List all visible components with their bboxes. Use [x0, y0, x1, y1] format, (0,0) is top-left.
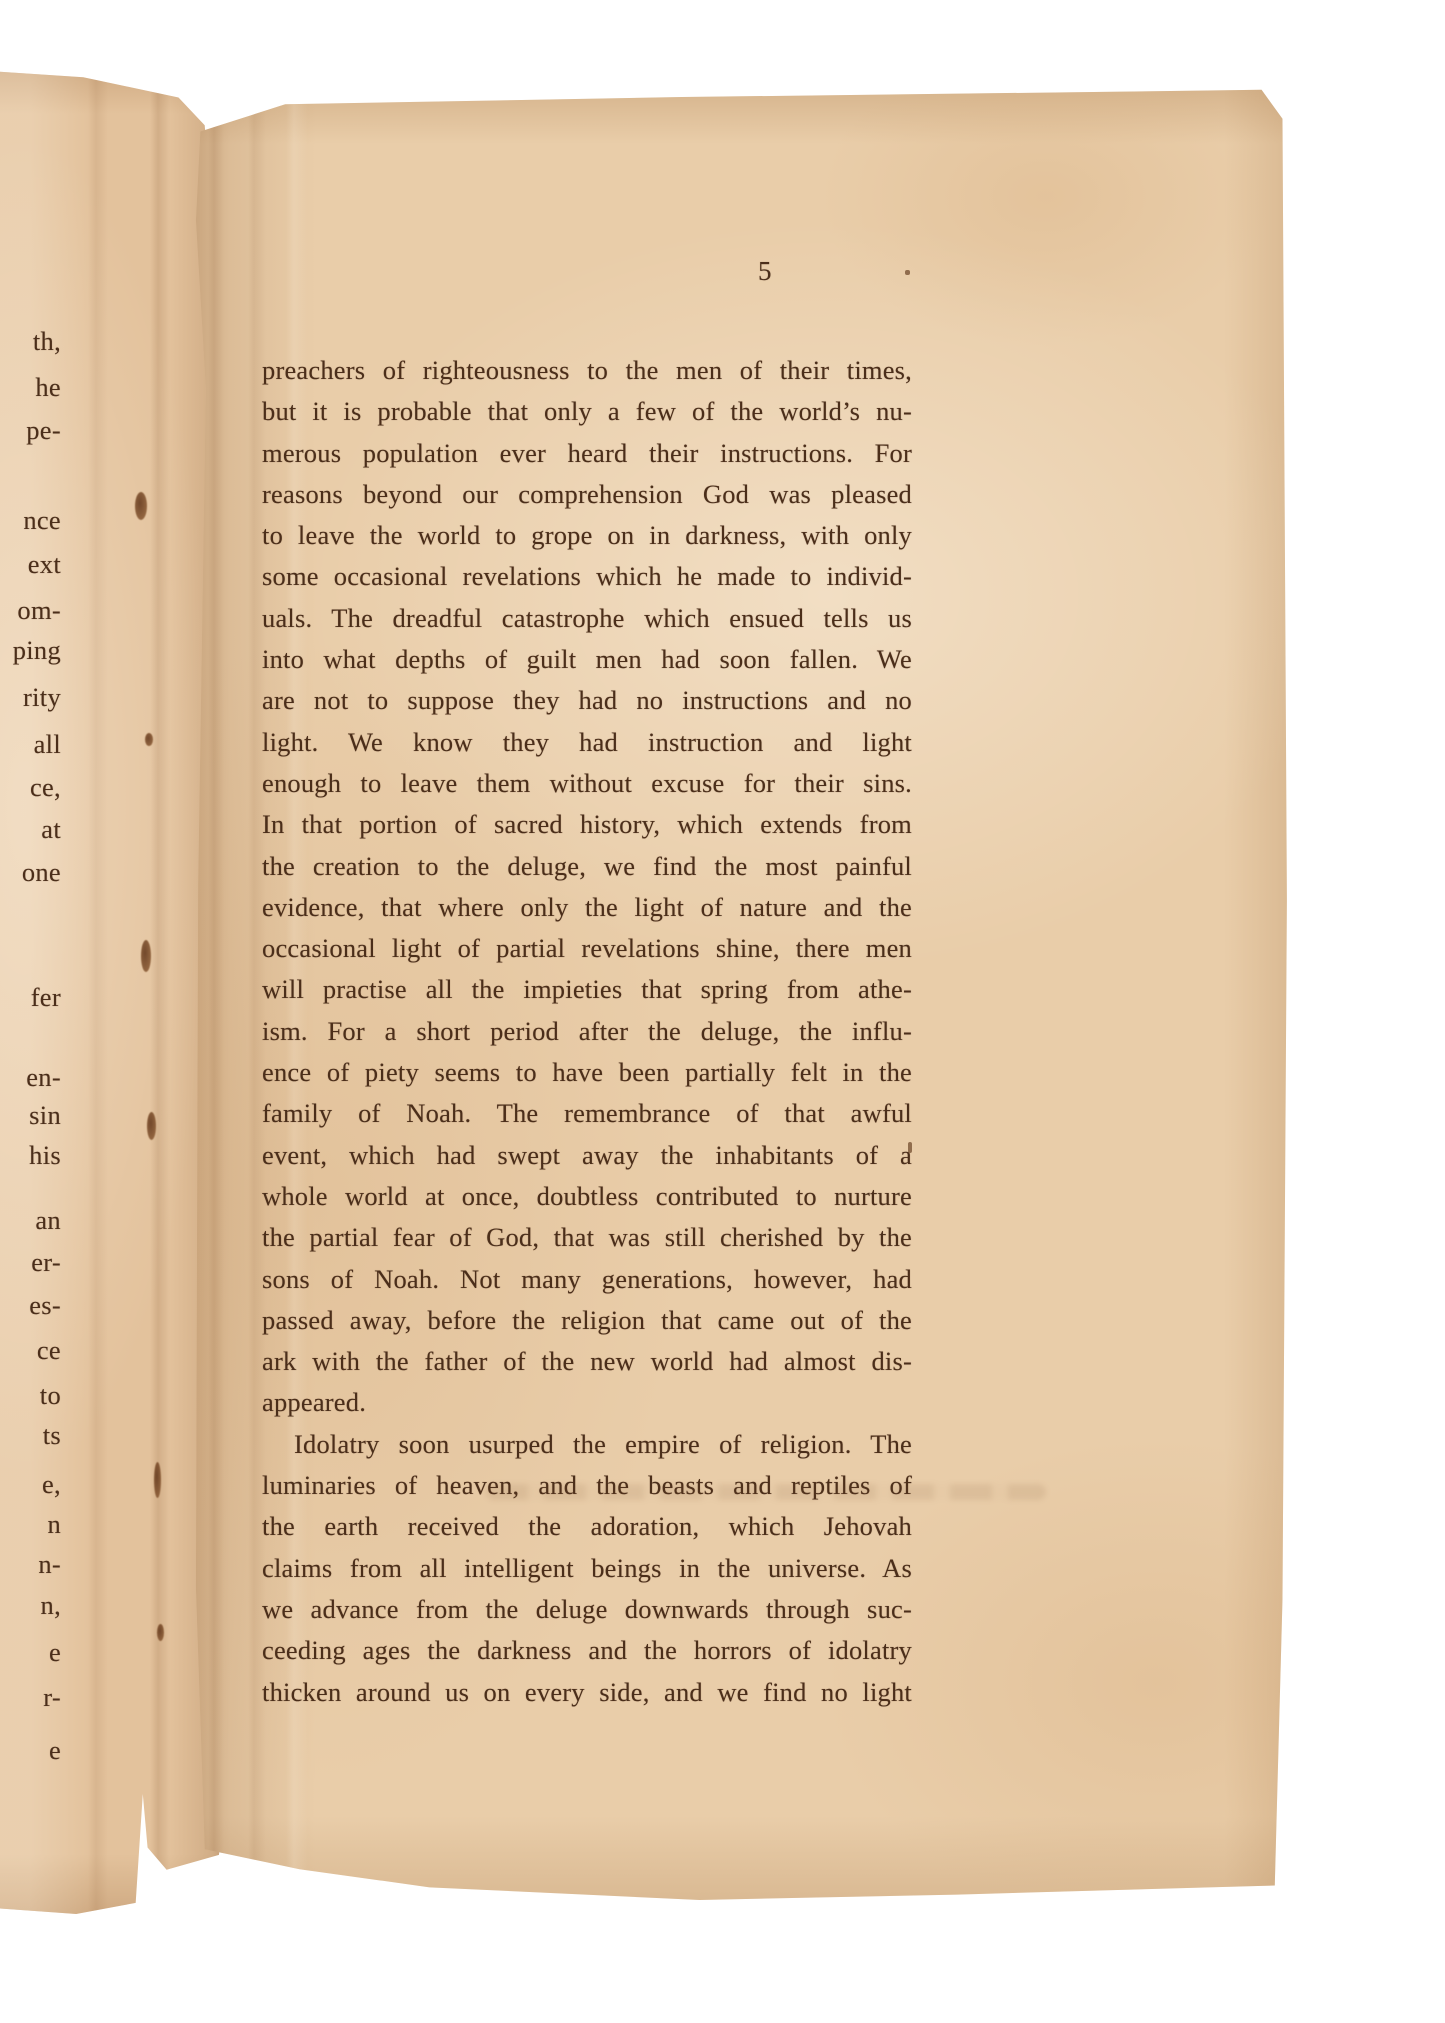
text-line: light. We know they had instruction and …: [262, 722, 912, 763]
text-line: but it is probable that only a few of th…: [262, 391, 912, 432]
left-page-line-fragment: er-: [31, 1249, 61, 1276]
text-line: merous population ever heard their instr…: [262, 433, 912, 474]
fold-damage-spot: [157, 1624, 164, 1641]
left-page-line-fragment: th,: [33, 328, 61, 355]
left-page-line-fragment: an: [35, 1207, 61, 1234]
text-line: ceeding ages the darkness and the horror…: [262, 1630, 912, 1671]
left-page-line-fragment: e: [49, 1639, 61, 1666]
text-line: into what depths of guilt men had soon f…: [262, 639, 912, 680]
left-page-line-fragment: n: [47, 1511, 61, 1538]
text-line: uals. The dreadful catastrophe which ens…: [262, 598, 912, 639]
ink-speck: [905, 270, 910, 275]
text-line: enough to leave them without excuse for …: [262, 763, 912, 804]
left-page-line-fragment: ce,: [30, 774, 61, 801]
text-line: whole world at once, doubtless contribut…: [262, 1176, 912, 1217]
left-page-line-fragment: ce: [37, 1337, 61, 1364]
left-page-line-fragment: one: [22, 859, 61, 886]
text-line: we advance from the deluge downwards thr…: [262, 1589, 912, 1630]
text-line: appeared.: [262, 1382, 912, 1423]
ink-speck: [908, 1142, 912, 1153]
left-page-line-fragment: n-: [38, 1551, 61, 1578]
text-line: sons of Noah. Not many generations, howe…: [262, 1259, 912, 1300]
left-page-line-fragment: n,: [41, 1592, 61, 1619]
left-page-line-fragment: rity: [23, 684, 61, 711]
left-page-line-fragment: all: [34, 731, 61, 758]
book-photo: th,hepe-nceextom-pingrityallce,atonefere…: [0, 0, 1445, 2023]
left-page-line-fragment: en-: [26, 1064, 61, 1091]
text-line: Idolatry soon usurped the empire of reli…: [262, 1424, 912, 1465]
text-line: to leave the world to grope on in darkne…: [262, 515, 912, 556]
page-text: preachers of righteousness to the men of…: [262, 350, 912, 1713]
text-line: ark with the father of the new world had…: [262, 1341, 912, 1382]
left-page-line-fragment: r-: [43, 1684, 61, 1711]
left-page-fragments: th,hepe-nceextom-pingrityallce,atonefere…: [0, 0, 64, 2023]
text-line: ence of piety seems to have been partial…: [262, 1052, 912, 1093]
left-page-line-fragment: e,: [42, 1471, 61, 1498]
left-page-line-fragment: sin: [29, 1102, 61, 1129]
paragraph: Idolatry soon usurped the empire of reli…: [262, 1424, 912, 1713]
text-line: occasional light of partial revelations …: [262, 928, 912, 969]
left-page-line-fragment: pe-: [26, 417, 61, 444]
left-page-line-fragment: to: [40, 1382, 61, 1409]
text-line: the creation to the deluge, we find the …: [262, 846, 912, 887]
ink-bleedthrough: [486, 1484, 1046, 1500]
left-page-line-fragment: e: [49, 1737, 61, 1764]
left-page-line-fragment: om-: [17, 597, 61, 624]
fold-damage-spot: [141, 940, 151, 972]
page-number: 5: [758, 256, 772, 287]
left-page-line-fragment: ext: [28, 551, 61, 578]
right-page: 5 preachers of righteousness to the men …: [186, 88, 1288, 1900]
left-page-line-fragment: es-: [29, 1292, 61, 1319]
fold-damage-spot: [145, 733, 153, 746]
left-page-line-fragment: ts: [43, 1422, 61, 1449]
left-page-line-fragment: at: [41, 816, 61, 843]
left-page-line-fragment: fer: [31, 984, 61, 1011]
text-line: event, which had swept away the inhabita…: [262, 1135, 912, 1176]
left-page-line-fragment: he: [35, 374, 61, 401]
text-line: reasons beyond our comprehension God was…: [262, 474, 912, 515]
text-line: some occasional revelations which he mad…: [262, 556, 912, 597]
paragraph: preachers of righteousness to the men of…: [262, 350, 912, 1424]
fold-damage-spot: [135, 492, 147, 520]
text-line: evidence, that where only the light of n…: [262, 887, 912, 928]
text-line: are not to suppose they had no instructi…: [262, 680, 912, 721]
text-line: the partial fear of God, that was still …: [262, 1217, 912, 1258]
text-line: the earth received the adoration, which …: [262, 1506, 912, 1547]
text-line: ism. For a short period after the deluge…: [262, 1011, 912, 1052]
text-line: In that portion of sacred history, which…: [262, 804, 912, 845]
left-page-line-fragment: his: [29, 1142, 61, 1169]
text-line: family of Noah. The remembrance of that …: [262, 1093, 912, 1134]
text-line: preachers of righteousness to the men of…: [262, 350, 912, 391]
text-line: claims from all intelligent beings in th…: [262, 1548, 912, 1589]
left-page-line-fragment: ping: [13, 637, 61, 664]
text-line: thicken around us on every side, and we …: [262, 1672, 912, 1713]
left-page-line-fragment: nce: [23, 507, 61, 534]
fold-damage-spot: [154, 1462, 161, 1498]
text-line: will practise all the impieties that spr…: [262, 969, 912, 1010]
text-line: passed away, before the religion that ca…: [262, 1300, 912, 1341]
fold-damage-spot: [147, 1112, 156, 1140]
